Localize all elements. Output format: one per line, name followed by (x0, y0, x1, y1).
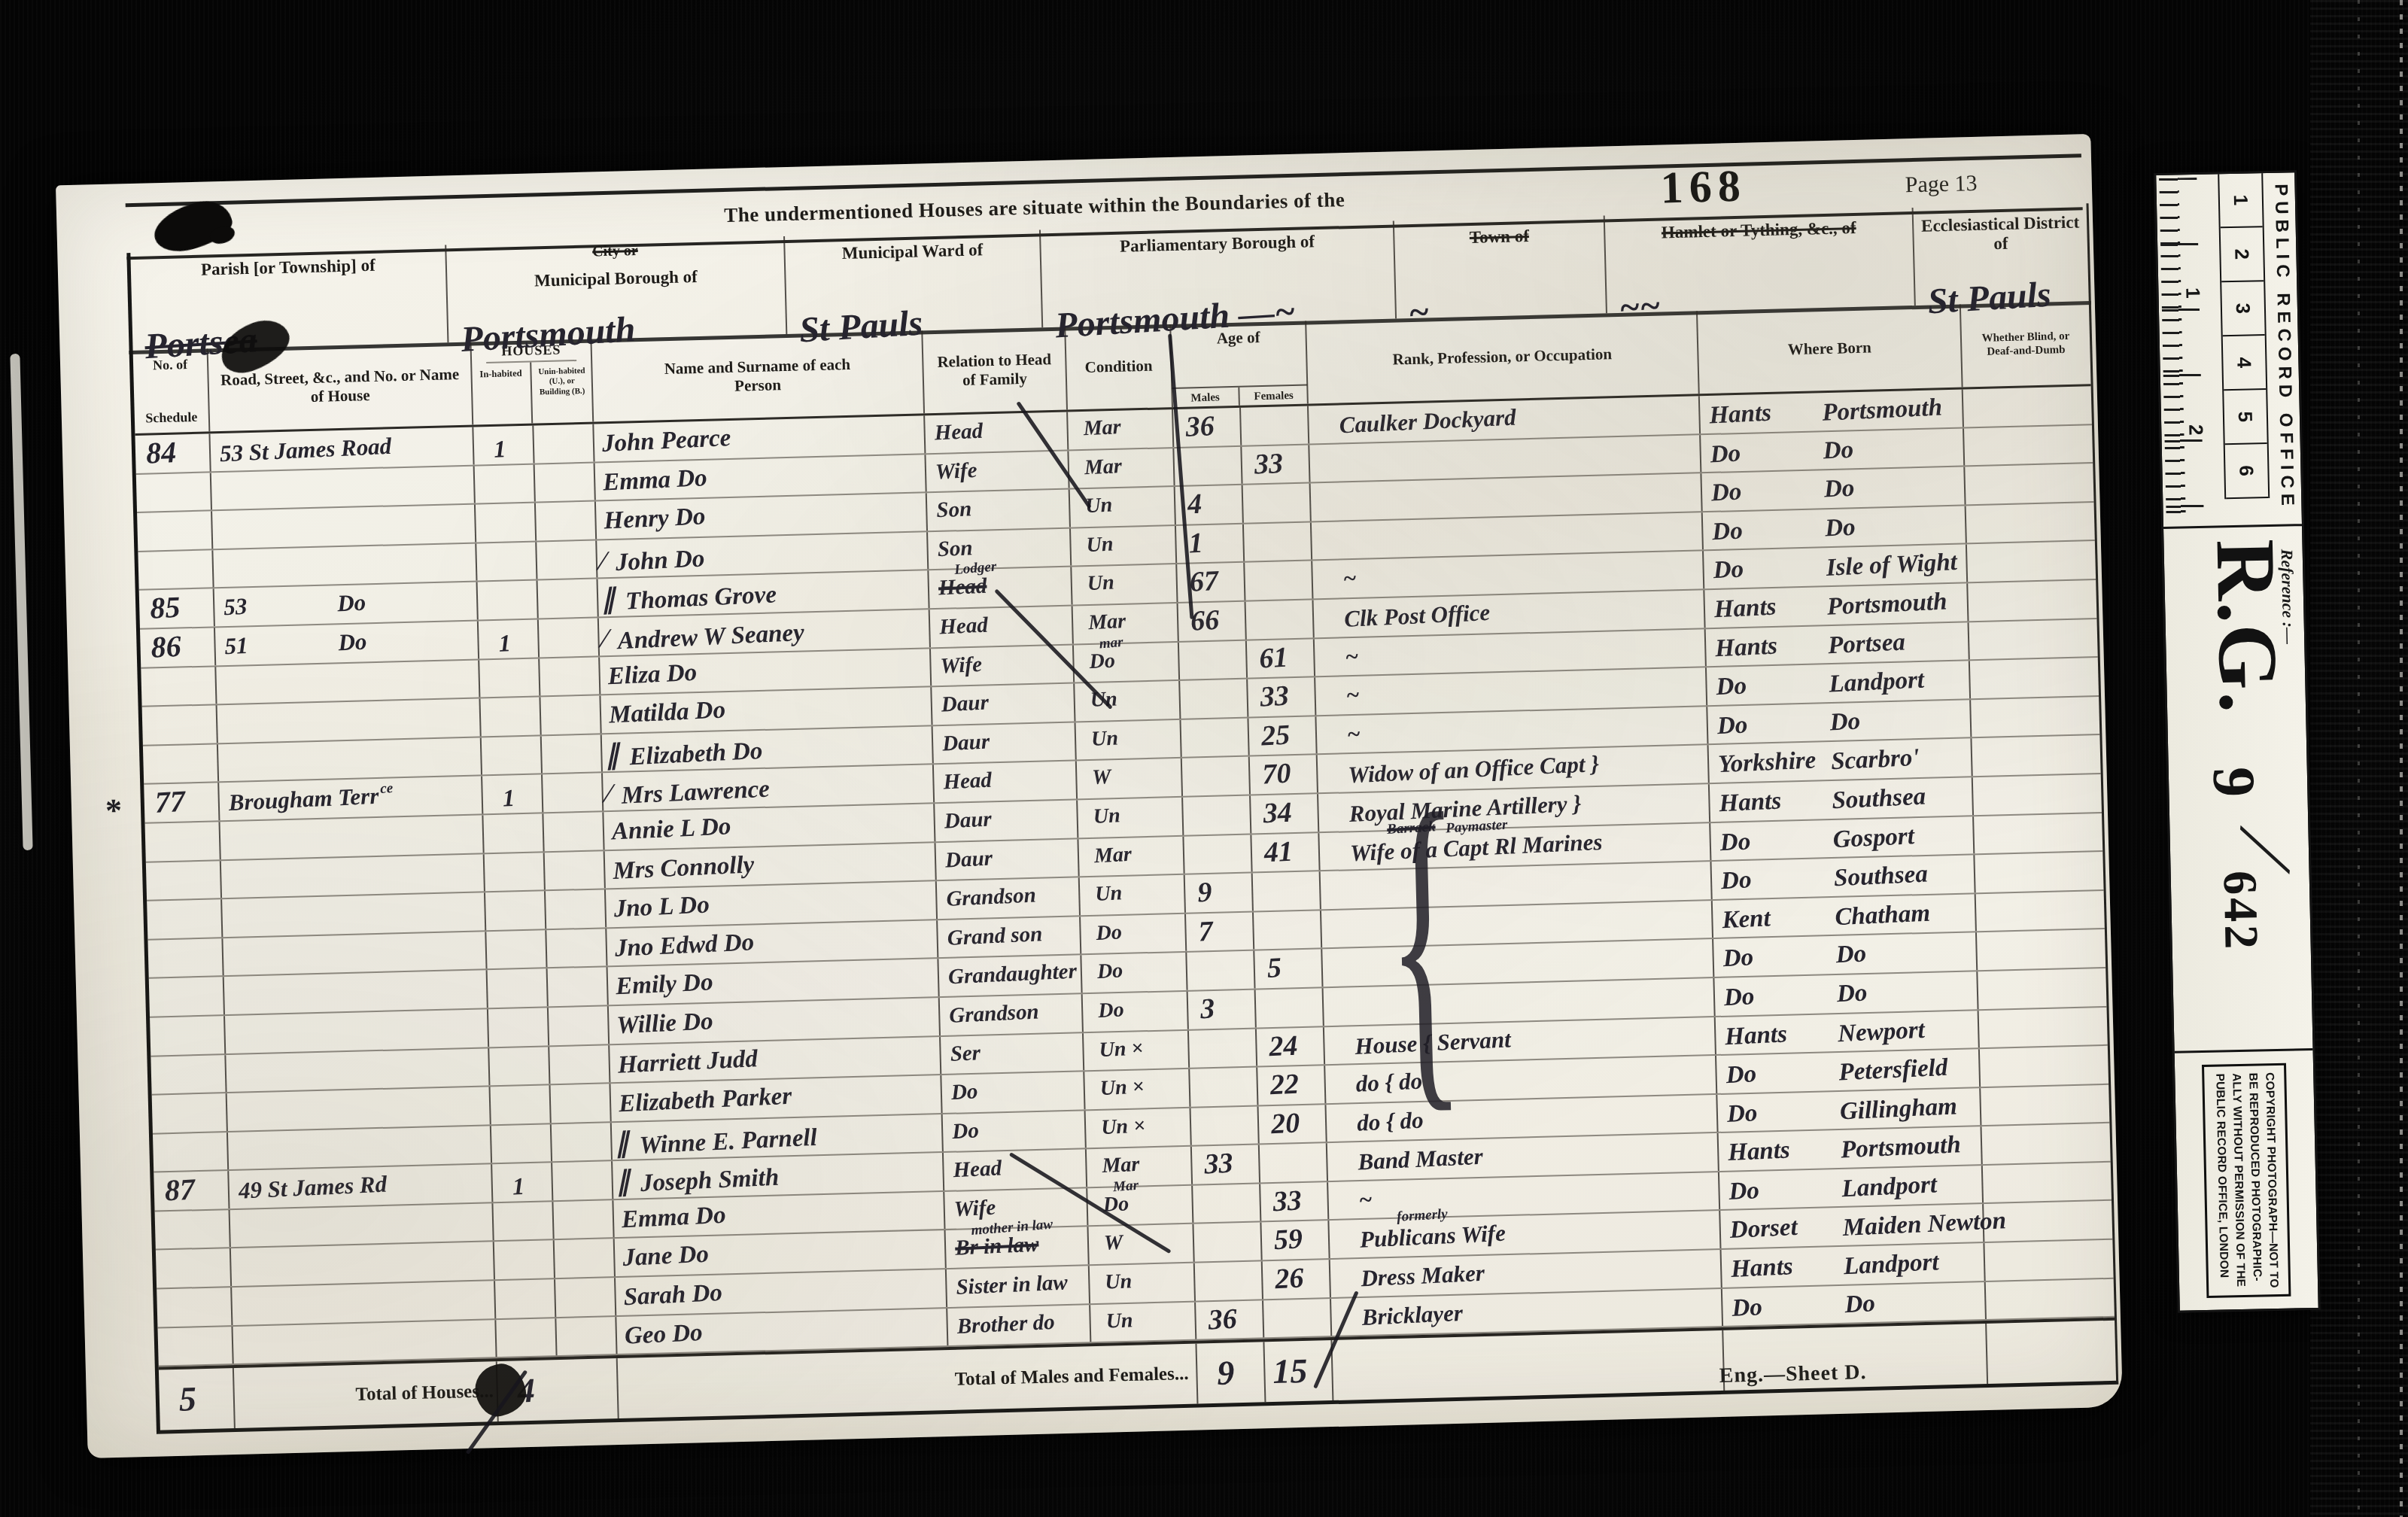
occupation: Clk Post Office (1313, 594, 1491, 632)
cell-name: Annie L Do (604, 804, 935, 850)
cell-condition: Mar (1087, 1147, 1193, 1187)
cell-blind-deaf (1963, 386, 2092, 427)
field-label: Town of (1394, 224, 1604, 249)
marital-condition: Un × (1085, 1108, 1145, 1139)
occupation: Band Master (1327, 1138, 1483, 1175)
cell-where-born: Do Gosport (1710, 816, 1975, 860)
cell-condition: Mar (1073, 603, 1179, 643)
birth-county: Yorkshire (1708, 741, 1832, 784)
copyright-line: PUBLIC RECORD OFFICE, LONDON (2212, 1073, 2230, 1288)
totals-males-females-label: Total of Males and Females... (618, 1363, 1196, 1399)
cell-road (227, 1087, 491, 1130)
cell-where-born: Dorset Maiden Newton (1720, 1205, 1984, 1248)
occupation: ~ (1316, 715, 1361, 747)
cell-where-born: Hants Southsea (1710, 777, 1974, 821)
cell-relation: Daur (935, 800, 1078, 841)
field-value-handwritten: ~~ (1618, 285, 1662, 329)
cell-age-male: 9 (1185, 874, 1254, 913)
marital-condition: Un (1090, 1303, 1133, 1333)
cell-condition: Do (1083, 992, 1189, 1032)
cell-schedule-number (143, 744, 219, 783)
birth-place: Portsea (1827, 623, 1906, 664)
cell-road (222, 892, 486, 936)
birth-place: Do (1823, 430, 1855, 469)
cell-road (226, 1048, 490, 1092)
cell-road (230, 1203, 494, 1247)
cell-relation: Grand son (938, 917, 1081, 957)
cell-inhabited (483, 813, 544, 853)
cell-condition: Un × (1084, 1069, 1190, 1109)
inhabited-count: 1 (478, 620, 511, 656)
road-ditto: Do (246, 584, 366, 627)
microfilm-background: The undermentioned Houses are situate wi… (0, 0, 2408, 1517)
household-separator-mark: ∕ (598, 618, 607, 652)
birth-place: Do (1823, 470, 1856, 508)
copyright-line: BE REPRODUCED PHOTOGRAPHIC- (2245, 1072, 2264, 1287)
cell-condition: Do (1081, 914, 1187, 954)
age-female: 33 (1260, 1182, 1303, 1216)
cell-condition: Un (1072, 564, 1178, 604)
cell-age-male (1183, 796, 1251, 835)
pro-organisation-name: PUBLIC RECORD OFFICE (2270, 181, 2297, 512)
birth-place: Gosport (1832, 817, 1915, 859)
cell-schedule-number (147, 938, 223, 977)
person-name: Andrew W Seaney (610, 614, 805, 655)
copyright-notice: COPYRIGHT PHOTOGRAPH—NOT TOBE REPRODUCED… (2202, 1063, 2291, 1298)
marital-condition: Un (1072, 566, 1114, 596)
cell-blind-deaf (1977, 929, 2105, 970)
cell-condition: Un (1071, 526, 1177, 566)
column-header-relation: Relation to Head of Family (923, 327, 1068, 414)
condition-note: mar (1099, 634, 1123, 652)
relation-to-head: Daur (935, 841, 993, 871)
person-name: Elizabeth Do (621, 732, 763, 771)
age-male: 4 (1175, 486, 1202, 520)
road-name: 49 St James Rd (229, 1166, 388, 1210)
birth-place: Do (1844, 1284, 1876, 1323)
cell-name: Emily Do (608, 959, 940, 1005)
geographic-field: Municipal Ward of St Pauls (785, 230, 1043, 334)
road-name: 53 (214, 588, 248, 627)
birth-place: Southsea (1833, 856, 1929, 897)
ruler-cm-number: 5 (2224, 390, 2267, 445)
person-name: Elizabeth Parker (610, 1078, 792, 1117)
cell-inhabited: 1 (479, 619, 540, 658)
cell-inhabited (488, 969, 549, 1008)
cell-inhabited: 1 (473, 426, 534, 465)
road-name-superscript: ce (378, 779, 394, 816)
person-name: Henry Do (596, 497, 707, 534)
birth-place: Maiden Newton (1842, 1202, 2007, 1248)
cell-uninhabited (545, 851, 606, 890)
cell-road (211, 466, 476, 509)
geographic-field: Parliamentary Borough of Portsmouth —~ (1041, 220, 1397, 327)
age-female: 33 (1242, 445, 1284, 479)
cell-blind-deaf (1984, 1201, 2112, 1242)
cell-road (233, 1320, 497, 1363)
birth-county: Dorset (1720, 1207, 1844, 1250)
inhabited-count: 1 (492, 1163, 525, 1199)
age-female: 33 (1248, 678, 1290, 712)
cell-schedule-number (146, 861, 222, 900)
person-name: Jane Do (614, 1236, 709, 1272)
age-male: 36 (1196, 1300, 1238, 1334)
occupation: House { Servant (1324, 1020, 1512, 1059)
birth-place: Do (1829, 702, 1862, 740)
marital-condition: Do (1081, 915, 1123, 944)
cell-road: 53 St James Road (210, 427, 474, 471)
relation-to-head: Wife (944, 1190, 996, 1221)
cell-relation: Son (928, 528, 1072, 569)
cell-age-female (1263, 1299, 1332, 1338)
cell-uninhabited (555, 1239, 616, 1278)
field-value-handwritten: ~ (1407, 291, 1431, 334)
occupation: ~ (1315, 676, 1360, 708)
cell-age-female: 22 (1257, 1066, 1326, 1105)
birth-county: Hants (1705, 625, 1829, 667)
birth-place: Newport (1837, 1011, 1926, 1052)
age-subheaders: Males Females (1172, 384, 1308, 407)
age-female: 59 (1261, 1221, 1303, 1255)
field-value-handwritten: St Pauls (798, 302, 924, 351)
cell-where-born: Do Do (1713, 933, 1978, 977)
marital-condition: Do (1081, 954, 1123, 983)
cell-inhabited (479, 658, 540, 698)
totals-houses-value-cell: 4 (497, 1358, 619, 1421)
cell-condition: Un (1090, 1263, 1196, 1303)
totals-males-females-label-cell: Total of Males and Females... (618, 1344, 1199, 1418)
cell-condition: Un × (1086, 1108, 1192, 1148)
birth-county: Do (1701, 430, 1824, 473)
cell-condition: Mar (1068, 409, 1174, 449)
page-number: Page 13 (1905, 171, 1978, 198)
cell-where-born: Do Landport (1707, 661, 1971, 704)
marital-condition: Un (1075, 721, 1118, 751)
relation-to-head: Daur (932, 724, 990, 755)
birth-county: Do (1722, 1284, 1845, 1327)
cell-relation: Lodger Head (929, 567, 1072, 608)
cell-schedule-number (147, 899, 223, 938)
film-edge-dashes-faint (2358, 0, 2360, 1517)
cell-where-born: Hants Portsmouth (1700, 389, 1964, 433)
cell-road (213, 543, 477, 587)
household-separator-mark: ∥ (597, 579, 616, 613)
cell-where-born: Yorkshire Scarbro' (1709, 739, 1973, 783)
cell-age-female: 61 (1247, 639, 1315, 678)
reference-slash: ∕ (2224, 838, 2307, 862)
relation-to-head: Grand son (938, 917, 1043, 950)
birth-place: Portsmouth (1826, 582, 1948, 625)
cell-inhabited (486, 930, 547, 969)
birth-place: Do (1836, 974, 1868, 1012)
cell-uninhabited (555, 1278, 616, 1317)
road-name: 51 (214, 627, 248, 666)
cell-age-male (1189, 1029, 1257, 1068)
cell-age-male (1184, 835, 1252, 874)
cell-relation: Daur (932, 684, 1075, 725)
relation-to-head: Head (925, 414, 984, 445)
houses-subheaders: In-habited Unin-habited (U.), or Buildin… (471, 360, 593, 424)
cell-schedule-number (153, 1132, 229, 1172)
ruler-cm-number: 1 (2219, 173, 2262, 228)
household-separator-mark: ∥ (601, 734, 619, 768)
cell-schedule-number (136, 473, 212, 512)
cell-age-male: 3 (1188, 990, 1257, 1029)
cell-age-female: 25 (1248, 716, 1317, 755)
cell-schedule-number: 85 (139, 589, 215, 628)
ruler-cm-number: 6 (2225, 444, 2268, 499)
marital-condition: Un × (1084, 1070, 1145, 1101)
totals-empty-cell (1332, 1330, 1725, 1400)
cell-age-male: 4 (1175, 485, 1244, 524)
cell-uninhabited (540, 696, 601, 735)
person-name: Winne E. Parnell (631, 1118, 818, 1158)
birth-county: Do (1716, 1051, 1840, 1094)
occupation: Dress Maker (1330, 1254, 1485, 1291)
marital-condition: Mar (1069, 449, 1122, 479)
cell-inhabited (491, 1124, 552, 1163)
ruler-tick-marks (2159, 178, 2214, 518)
cell-name: Emma Do (595, 454, 927, 500)
marital-condition: Mar (1087, 1148, 1140, 1178)
cell-age-male (1181, 718, 1249, 757)
cell-relation: Ser (941, 1033, 1084, 1074)
birth-place: Chatham (1834, 894, 1931, 935)
cell-condition: Un (1070, 487, 1176, 527)
cell-relation: Grandaughter (938, 956, 1082, 996)
cell-blind-deaf (1964, 425, 2093, 466)
marital-condition: Un (1075, 682, 1117, 713)
cell-schedule-number (152, 1093, 228, 1132)
cell-blind-deaf (1979, 1007, 2108, 1047)
column-header-where-born: Where Born (1698, 304, 1963, 394)
cell-relation: Sister in law (947, 1266, 1090, 1306)
age-female: 70 (1249, 755, 1291, 789)
occupation-note-struck: Barrack (1387, 819, 1437, 838)
marital-condition: Un (1078, 798, 1120, 828)
field-label: Parish [or Township] of (131, 254, 446, 281)
geographic-field: Ecclesiastical District of St Pauls (1914, 203, 2089, 306)
cell-uninhabited (540, 657, 600, 696)
cell-age-male (1187, 951, 1255, 990)
schedule-number: 86 (140, 628, 182, 663)
reference-item: 642 (2216, 870, 2266, 952)
cell-age-male (1193, 1223, 1262, 1262)
cell-inhabited (496, 1318, 557, 1357)
age-male: 33 (1191, 1145, 1233, 1179)
birth-county: Do (1701, 470, 1825, 512)
marital-condition: Un (1089, 1264, 1132, 1294)
cell-name: Jno L Do (606, 881, 938, 927)
cell-blind-deaf (1976, 891, 2105, 932)
cell-where-born: Hants Landport (1722, 1243, 1986, 1287)
marital-condition: Mar (1068, 410, 1121, 440)
cell-blind-deaf (1983, 1163, 2112, 1203)
age-male: 7 (1186, 913, 1214, 947)
cell-schedule-number (150, 1055, 227, 1094)
cell-name: Emma Do (613, 1192, 945, 1238)
field-label: Ecclesiastical District of (1914, 212, 2087, 257)
cell-uninhabited (552, 1161, 613, 1200)
age-female: 20 (1258, 1105, 1300, 1139)
cell-blind-deaf (1980, 1046, 2109, 1087)
cell-road: 49 St James Rd (229, 1165, 493, 1208)
birth-county: Do (1710, 819, 1834, 862)
cell-inhabited: 1 (482, 775, 543, 814)
cell-relation: Wife (926, 451, 1069, 491)
cell-road (218, 737, 482, 781)
cell-uninhabited (549, 1006, 610, 1045)
cell-age-male: 1 (1176, 524, 1245, 563)
cell-condition: Mar (1078, 836, 1184, 876)
cell-relation: Head (930, 606, 1074, 646)
cell-age-male: 33 (1192, 1145, 1260, 1184)
cell-schedule-number: * 77 (144, 783, 220, 822)
cell-condition: Un (1076, 720, 1182, 760)
cell-inhabited (495, 1279, 556, 1318)
age-male: 66 (1178, 602, 1220, 636)
field-label: Municipal Borough of (447, 265, 785, 293)
age-female: 22 (1257, 1066, 1300, 1100)
cell-road (216, 660, 480, 704)
cell-age-female: 34 (1251, 794, 1319, 833)
cell-condition: mar Do (1074, 642, 1180, 682)
household-separator-mark: ∥ (613, 1161, 631, 1196)
marital-condition: Un (1071, 527, 1114, 557)
cell-blind-deaf (1981, 1085, 2109, 1126)
cell-where-born: Do Landport (1719, 1166, 1984, 1209)
birth-county: Do (1717, 1090, 1841, 1133)
birth-county: Hants (1704, 585, 1828, 628)
cell-schedule-number (149, 977, 225, 1016)
column-header-males: Males (1172, 388, 1240, 407)
cell-schedule-number (137, 512, 213, 551)
cell-condition: W (1088, 1224, 1194, 1264)
household-separator-mark: ∕ (603, 773, 612, 807)
occupation: Caulker Dockyard (1309, 399, 1517, 439)
cell-relation: Grandson (937, 877, 1081, 918)
cell-road (231, 1242, 495, 1286)
cell-name: John Pearce (594, 415, 926, 461)
cell-inhabited (478, 581, 539, 620)
cell-schedule-number (150, 1016, 226, 1055)
totals-empty-cell (1987, 1321, 2116, 1384)
cell-where-born: Hants Portsmouth (1719, 1126, 1983, 1170)
cell-schedule-number (141, 667, 217, 706)
cell-schedule-number (156, 1249, 232, 1288)
inhabited-count: 1 (482, 775, 515, 811)
cell-uninhabited (539, 618, 600, 657)
folio-number-stamp: 168 (1660, 160, 1747, 214)
occupation: do { do (1326, 1101, 1424, 1135)
cell-inhabited (488, 1008, 549, 1047)
cell-uninhabited (549, 1045, 610, 1084)
cell-uninhabited (538, 579, 599, 619)
age-female: 34 (1251, 795, 1293, 828)
marital-condition: W (1088, 1226, 1123, 1255)
marital-condition: W (1076, 760, 1111, 789)
cell-name: Henry Do (596, 494, 928, 540)
schedule-number: 77 (144, 783, 186, 818)
birth-place: Portsmouth (1840, 1126, 1962, 1169)
marital-condition: Un × (1084, 1031, 1144, 1062)
cell-inhabited (480, 698, 541, 737)
cell-age-male (1182, 757, 1251, 796)
cell-age-female (1254, 911, 1322, 950)
relation-to-head: Head (944, 1151, 1002, 1182)
cell-where-born: Hants Portsea (1706, 622, 1970, 666)
column-header-females: Females (1239, 385, 1308, 405)
age-female: 61 (1246, 639, 1288, 673)
person-name: Matilda Do (600, 692, 726, 729)
cell-blind-deaf (1968, 580, 2096, 621)
age-female: 26 (1262, 1260, 1304, 1294)
schedule-number: 84 (135, 434, 177, 469)
birth-county: Do (1713, 935, 1837, 978)
cell-age-female: 41 (1251, 833, 1320, 872)
cell-age-male: 67 (1177, 563, 1245, 602)
birth-place: Scarbro' (1830, 739, 1920, 780)
cell-name: Harriett Judd (610, 1037, 941, 1083)
cell-name: Geo Do (616, 1309, 948, 1354)
geographic-field: Town of ~ (1394, 215, 1607, 318)
birth-place: Petersfield (1838, 1049, 1948, 1091)
cell-inhabited (485, 853, 546, 892)
cell-road (221, 854, 485, 898)
birth-county: Hants (1721, 1245, 1844, 1288)
totals-schedule-count: 5 (159, 1382, 196, 1418)
birth-county: Hants (1718, 1129, 1841, 1172)
cell-inhabited (476, 542, 537, 581)
person-name: Jno Edwd Do (607, 923, 755, 962)
birth-county: Kent (1712, 896, 1835, 939)
cell-uninhabited (548, 968, 609, 1007)
ruler-inch-number: 2 (2184, 424, 2207, 436)
ruler-cm-number: 2 (2221, 227, 2264, 282)
marital-condition: Un (1079, 877, 1122, 907)
geographic-field: Hamlet or Tything, &c., of ~~ (1605, 208, 1916, 313)
cell-schedule-number: 87 (154, 1171, 230, 1210)
cell-where-born: Do Do (1701, 428, 1965, 472)
cell-schedule-number (138, 550, 214, 589)
cell-name: ∥ Winne E. Parnell (612, 1114, 944, 1160)
birth-county: Hants (1699, 392, 1823, 435)
occupation: ~ (1328, 1181, 1373, 1213)
cell-blind-deaf (1973, 774, 2102, 815)
cell-age-female: 20 (1259, 1105, 1327, 1144)
column-header-uninhabited: Unin-habited (U.), or Building (B.) (531, 360, 593, 423)
occupation: ~ (1314, 637, 1358, 670)
cell-uninhabited (537, 540, 597, 579)
person-name: Thomas Grove (617, 576, 777, 616)
birth-place: Gillingham (1839, 1087, 1958, 1130)
relation-to-head: Son (928, 530, 973, 561)
cell-where-born: Do Do (1714, 971, 1978, 1015)
cell-relation: Head (934, 762, 1078, 802)
relation-to-head: Daur (935, 801, 993, 832)
person-name: Jno L Do (606, 886, 710, 923)
record-rows: 84 53 St James Road 1 John Pearce Head M… (135, 386, 2115, 1367)
adjacent-page-edge (10, 354, 32, 850)
cell-age-male: 36 (1173, 408, 1242, 447)
cell-name: Elizabeth Parker (610, 1075, 942, 1121)
cell-blind-deaf (1978, 968, 2106, 1009)
copyright-line: ALLY WITHOUT PERMISSION OF THE (2229, 1073, 2247, 1288)
cell-road (232, 1281, 496, 1324)
birth-place: Landport (1828, 661, 1925, 703)
occupation: Bricklayer (1331, 1294, 1464, 1330)
field-label: Hamlet or Tything, &c., of (1605, 217, 1913, 245)
